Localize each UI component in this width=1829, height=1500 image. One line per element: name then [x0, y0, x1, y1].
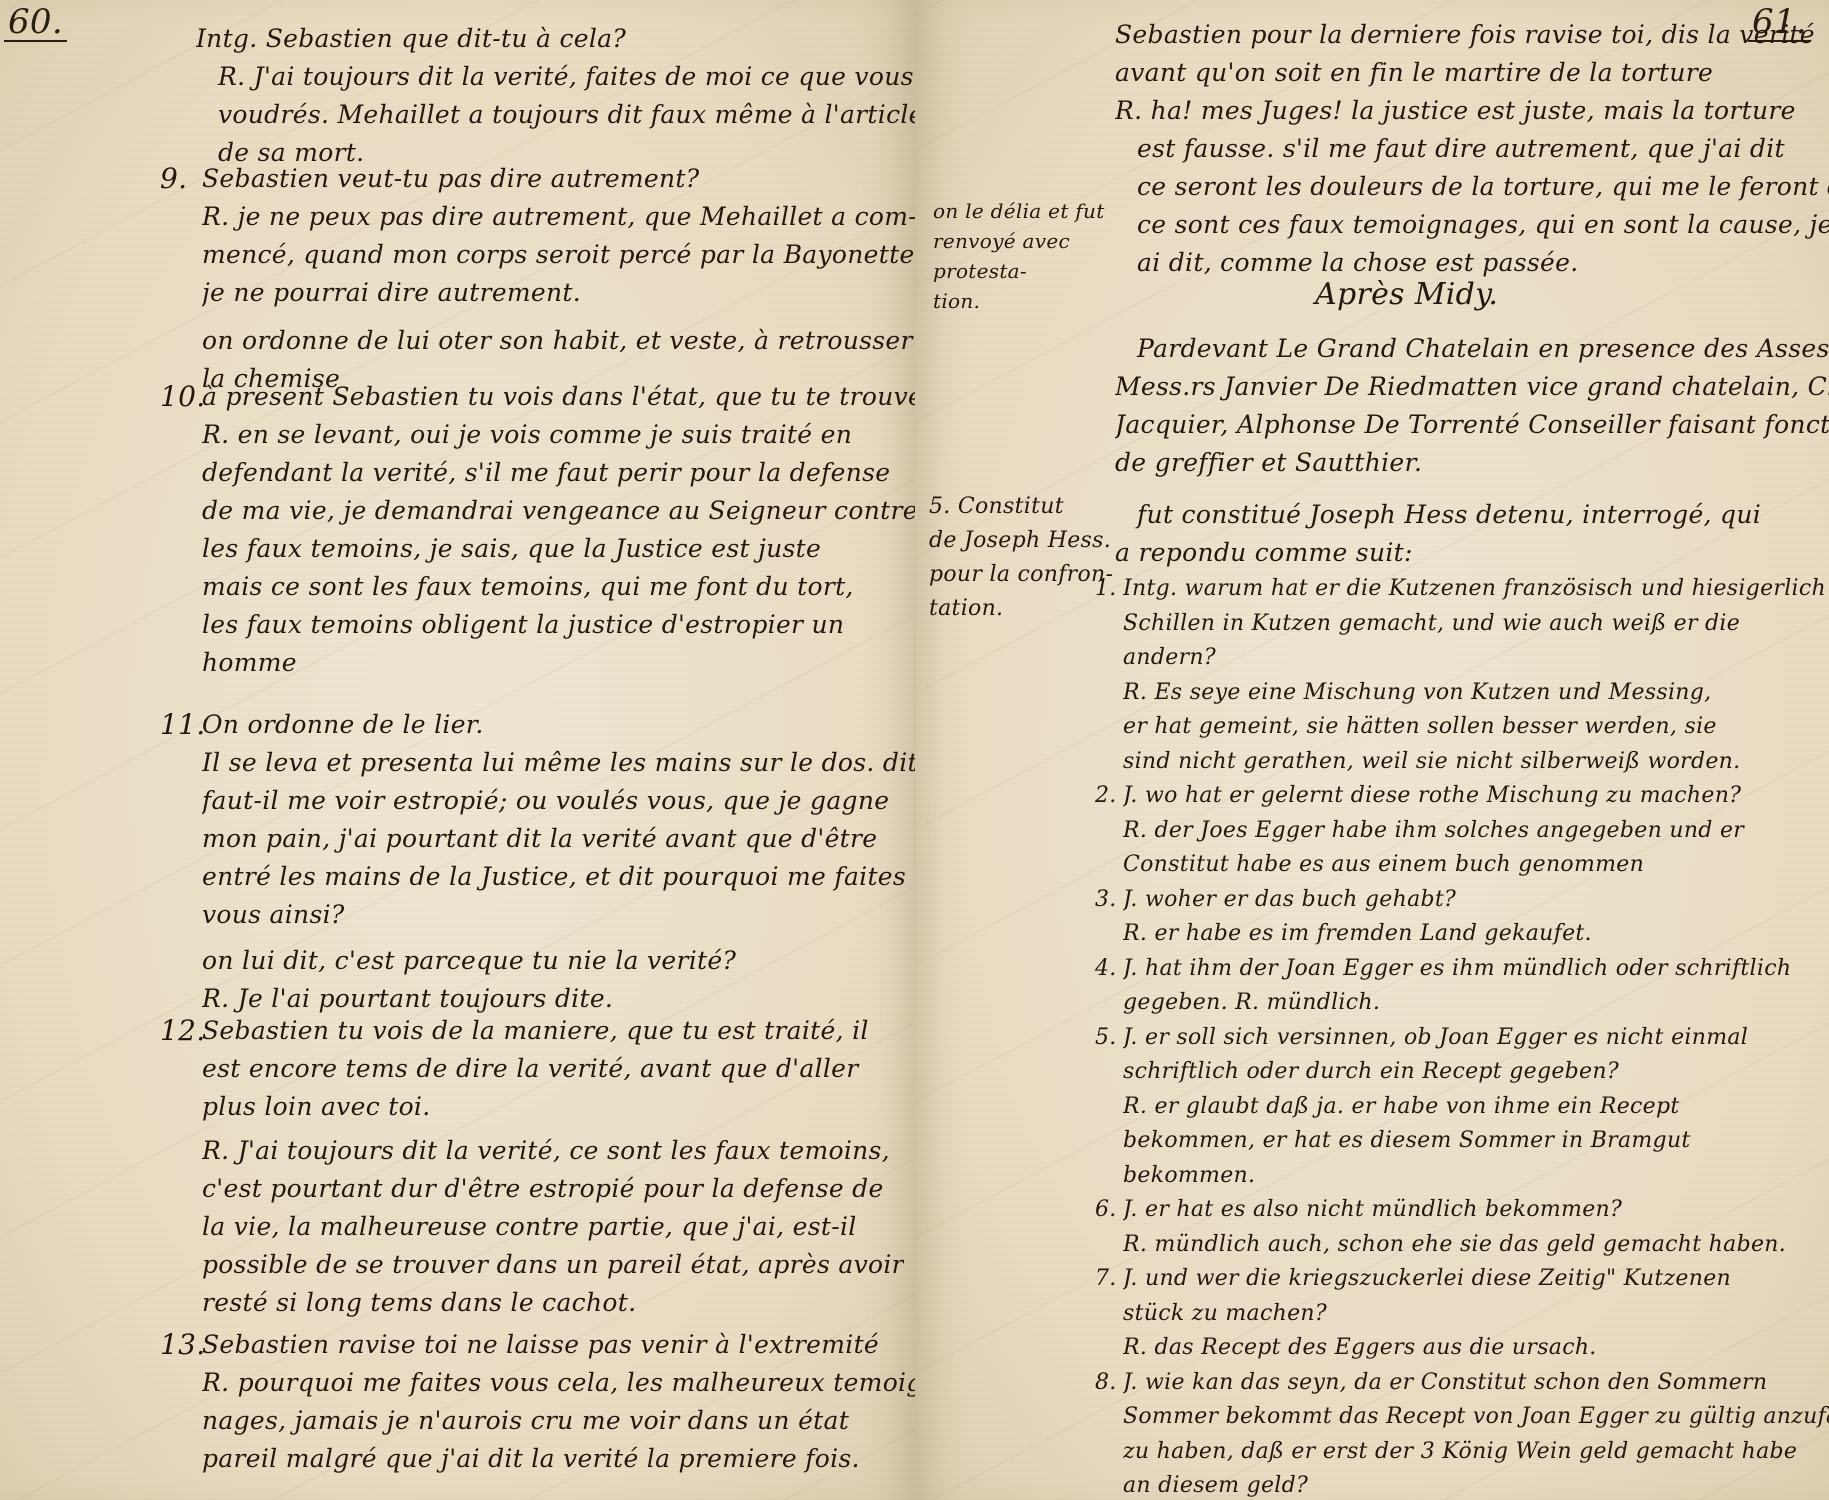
- question-number: 3.: [1095, 883, 1123, 952]
- question-5: 5. J. er soll sich versinnen, ob Joan Eg…: [1095, 1021, 1815, 1194]
- entry-number: 9.: [160, 160, 202, 398]
- text-line: les faux temoins obligent la justice d'e…: [202, 606, 937, 644]
- text-line: zu haben, daß er erst der 3 König Wein g…: [1123, 1435, 1829, 1470]
- entry-number: 12.: [160, 1012, 202, 1322]
- text-line: R. er glaubt daß ja. er habe von ihme ei…: [1123, 1090, 1815, 1125]
- text-line: bekommen.: [1123, 1159, 1815, 1194]
- text-line: Mess.rs Janvier De Riedmatten vice grand…: [1115, 368, 1829, 406]
- text-line: Sebastien ravise toi ne laisse pas venir…: [202, 1326, 931, 1364]
- text-line: homme: [202, 644, 937, 682]
- text-line: defendant la verité, s'il me faut perir …: [202, 454, 937, 492]
- text-line: On ordonne de le lier.: [202, 706, 943, 744]
- entry-number: 13.: [160, 1326, 202, 1478]
- text-line: R. je ne peux pas dire autrement, que Me…: [202, 198, 917, 236]
- text-line: R. er habe es im fremden Land gekaufet.: [1123, 917, 1815, 952]
- entry-12: 12. Sebastien tu vois de la maniere, que…: [160, 1012, 900, 1322]
- text-line: Intg. warum hat er die Kutzenen französi…: [1123, 572, 1826, 607]
- text-line: on ordonne de lui oter son habit, et ves…: [202, 322, 917, 360]
- text-line: Sebastien tu vois de la maniere, que tu …: [202, 1012, 904, 1050]
- text-line: Sebastien veut-tu pas dire autrement?: [202, 160, 917, 198]
- text-line: entré les mains de la Justice, et dit po…: [202, 858, 943, 896]
- text-line: de greffier et Sautthier.: [1115, 444, 1829, 482]
- margin-line: de Joseph Hess.: [929, 524, 1114, 558]
- margin-line: tion.: [933, 286, 1113, 316]
- margin-note-constitut: 5. Constitut de Joseph Hess. pour la con…: [929, 490, 1114, 626]
- question-1: 1. Intg. warum hat er die Kutzenen franz…: [1095, 572, 1815, 779]
- text-line: J. wo hat er gelernt diese rothe Mischun…: [1123, 779, 1815, 814]
- question-list: 1. Intg. warum hat er die Kutzenen franz…: [1095, 572, 1815, 1500]
- margin-line: on le délia et fut: [933, 196, 1113, 226]
- question-number: 1.: [1095, 572, 1123, 779]
- text-line: plus loin avec toi.: [202, 1088, 904, 1126]
- text-line: stück zu machen?: [1123, 1297, 1815, 1332]
- text-line: mon pain, j'ai pourtant dit la verité av…: [202, 820, 943, 858]
- text-line: er hat gemeint, sie hätten sollen besser…: [1123, 710, 1826, 745]
- entry-13: 13. Sebastien ravise toi ne laisse pas v…: [160, 1326, 900, 1478]
- entry-10: 10. à present Sebastien tu vois dans l'é…: [160, 378, 900, 682]
- question-7: 7. J. und wer die kriegszuckerlei diese …: [1095, 1262, 1815, 1366]
- left-page: 60. Intg. Sebastien que dit-tu à cela? R…: [0, 0, 915, 1500]
- text-line: R. J'ai toujours dit la verité, ce sont …: [202, 1132, 904, 1170]
- text-line: c'est pourtant dur d'être estropié pour …: [202, 1170, 904, 1208]
- text-line: resté si long tems dans le cachot.: [202, 1284, 904, 1322]
- text-line: ce sont ces faux temoignages, qui en son…: [1115, 206, 1829, 244]
- text-line: pareil malgré que j'ai dit la verité la …: [202, 1440, 931, 1478]
- entry-9: 9. Sebastien veut-tu pas dire autrement?…: [160, 160, 900, 398]
- closing-admonition: Sebastien pour la derniere fois ravise t…: [1115, 16, 1815, 282]
- question-number: 2.: [1095, 779, 1123, 883]
- text-line: schriftlich oder durch ein Recept gegebe…: [1123, 1055, 1815, 1090]
- text-line: bekommen, er hat es diesem Sommer in Bra…: [1123, 1124, 1815, 1159]
- question-4: 4. J. hat ihm der Joan Egger es ihm münd…: [1095, 952, 1815, 1021]
- question-6: 6. J. er hat es also nicht mündlich beko…: [1095, 1193, 1815, 1262]
- constitut-intro: fut constitué Joseph Hess detenu, interr…: [1115, 496, 1815, 572]
- question-number: 8.: [1095, 1366, 1123, 1500]
- text-line: la vie, la malheureuse contre partie, qu…: [202, 1208, 904, 1246]
- text-line: Pardevant Le Grand Chatelain en presence…: [1115, 330, 1829, 368]
- margin-line: pour la confron-: [929, 558, 1114, 592]
- entry-intro: Intg. Sebastien que dit-tu à cela? R. J'…: [196, 20, 896, 172]
- text-line: mais ce sont les faux temoins, qui me fo…: [202, 568, 937, 606]
- text-line: a repondu comme suit:: [1115, 534, 1815, 572]
- text-line: J. und wer die kriegszuckerlei diese Zei…: [1123, 1262, 1815, 1297]
- text-line: J. wie kan das seyn, da er Constitut sch…: [1123, 1366, 1829, 1401]
- text-line: mencé, quand mon corps seroit percé par …: [202, 236, 917, 274]
- question-number: 6.: [1095, 1193, 1123, 1262]
- manuscript-spread: 60. Intg. Sebastien que dit-tu à cela? R…: [0, 0, 1829, 1500]
- entry-11: 11. On ordonne de le lier. Il se leva et…: [160, 706, 900, 1018]
- question-2: 2. J. wo hat er gelernt diese rothe Misc…: [1095, 779, 1815, 883]
- text-line: est encore tems de dire la verité, avant…: [202, 1050, 904, 1088]
- text-line: Sebastien pour la derniere fois ravise t…: [1115, 16, 1829, 54]
- folio-number-left: 60.: [4, 4, 67, 42]
- text-line: les faux temoins, je sais, que la Justic…: [202, 530, 937, 568]
- text-line: ce seront les douleurs de la torture, qu…: [1115, 168, 1829, 206]
- text-line: andern?: [1123, 641, 1826, 676]
- text-line: Il se leva et presenta lui même les main…: [202, 744, 943, 782]
- margin-note-release: on le délia et fut renvoyé avec protesta…: [933, 196, 1113, 316]
- question-3: 3. J. woher er das buch gehabt? R. er ha…: [1095, 883, 1815, 952]
- text-line: R. pourquoi me faites vous cela, les mal…: [202, 1364, 931, 1402]
- text-line: J. woher er das buch gehabt?: [1123, 883, 1815, 918]
- text-line: possible de se trouver dans un pareil ét…: [202, 1246, 904, 1284]
- margin-line: tation.: [929, 592, 1114, 626]
- margin-line: renvoyé avec protesta-: [933, 226, 1113, 286]
- text-line: nages, jamais je n'aurois cru me voir da…: [202, 1402, 931, 1440]
- text-line: R. Es seye eine Mischung von Kutzen und …: [1123, 676, 1826, 711]
- text-line: Jacquier, Alphonse De Torrenté Conseille…: [1115, 406, 1829, 444]
- text-line: vous ainsi?: [202, 896, 943, 934]
- text-line: R. ha! mes Juges! la justice est juste, …: [1115, 92, 1829, 130]
- text-line: avant qu'on soit en fin le martire de la…: [1115, 54, 1829, 92]
- question-8: 8. J. wie kan das seyn, da er Constitut …: [1095, 1366, 1815, 1500]
- right-page: 61. Sebastien pour la derniere fois ravi…: [915, 0, 1829, 1500]
- text-line: on lui dit, c'est parceque tu nie la ver…: [202, 942, 943, 980]
- text-line: an diesem geld?: [1123, 1469, 1829, 1500]
- text-line: R. das Recept des Eggers aus die ursach.: [1123, 1331, 1815, 1366]
- text-line: Schillen in Kutzen gemacht, und wie auch…: [1123, 607, 1826, 642]
- text-line: voudrés. Mehaillet a toujours dit faux m…: [196, 96, 924, 134]
- section-title: Après Midy.: [1315, 276, 1498, 314]
- entry-number: 10.: [160, 378, 202, 682]
- text-line: R. en se levant, oui je vois comme je su…: [202, 416, 937, 454]
- question-number: 7.: [1095, 1262, 1123, 1366]
- text-line: de ma vie, je demandrai vengeance au Sei…: [202, 492, 937, 530]
- text-line: faut-il me voir estropié; ou voulés vous…: [202, 782, 943, 820]
- text-line: J. er hat es also nicht mündlich bekomme…: [1123, 1193, 1815, 1228]
- text-line: J. er soll sich versinnen, ob Joan Egger…: [1123, 1021, 1815, 1056]
- text-line: est fausse. s'il me faut dire autrement,…: [1115, 130, 1829, 168]
- session-header: Pardevant Le Grand Chatelain en presence…: [1115, 330, 1815, 482]
- text-line: Sommer bekommt das Recept von Joan Egger…: [1123, 1400, 1829, 1435]
- text-line: R. mündlich auch, schon ehe sie das geld…: [1123, 1228, 1815, 1263]
- entry-number: 11.: [160, 706, 202, 1018]
- text-line: fut constitué Joseph Hess detenu, interr…: [1115, 496, 1815, 534]
- text-line: à present Sebastien tu vois dans l'état,…: [202, 378, 937, 416]
- text-line: Constitut habe es aus einem buch genomme…: [1123, 848, 1815, 883]
- text-line: Intg. Sebastien que dit-tu à cela?: [196, 20, 924, 58]
- question-number: 4.: [1095, 952, 1123, 1021]
- text-line: je ne pourrai dire autrement.: [202, 274, 917, 312]
- text-line: R. der Joes Egger habe ihm solches angeg…: [1123, 814, 1815, 849]
- text-line: J. hat ihm der Joan Egger es ihm mündlic…: [1123, 952, 1815, 987]
- margin-line: 5. Constitut: [929, 490, 1114, 524]
- text-line: gegeben. R. mündlich.: [1123, 986, 1815, 1021]
- question-number: 5.: [1095, 1021, 1123, 1194]
- text-line: R. J'ai toujours dit la verité, faites d…: [196, 58, 924, 96]
- text-line: sind nicht gerathen, weil sie nicht silb…: [1123, 745, 1826, 780]
